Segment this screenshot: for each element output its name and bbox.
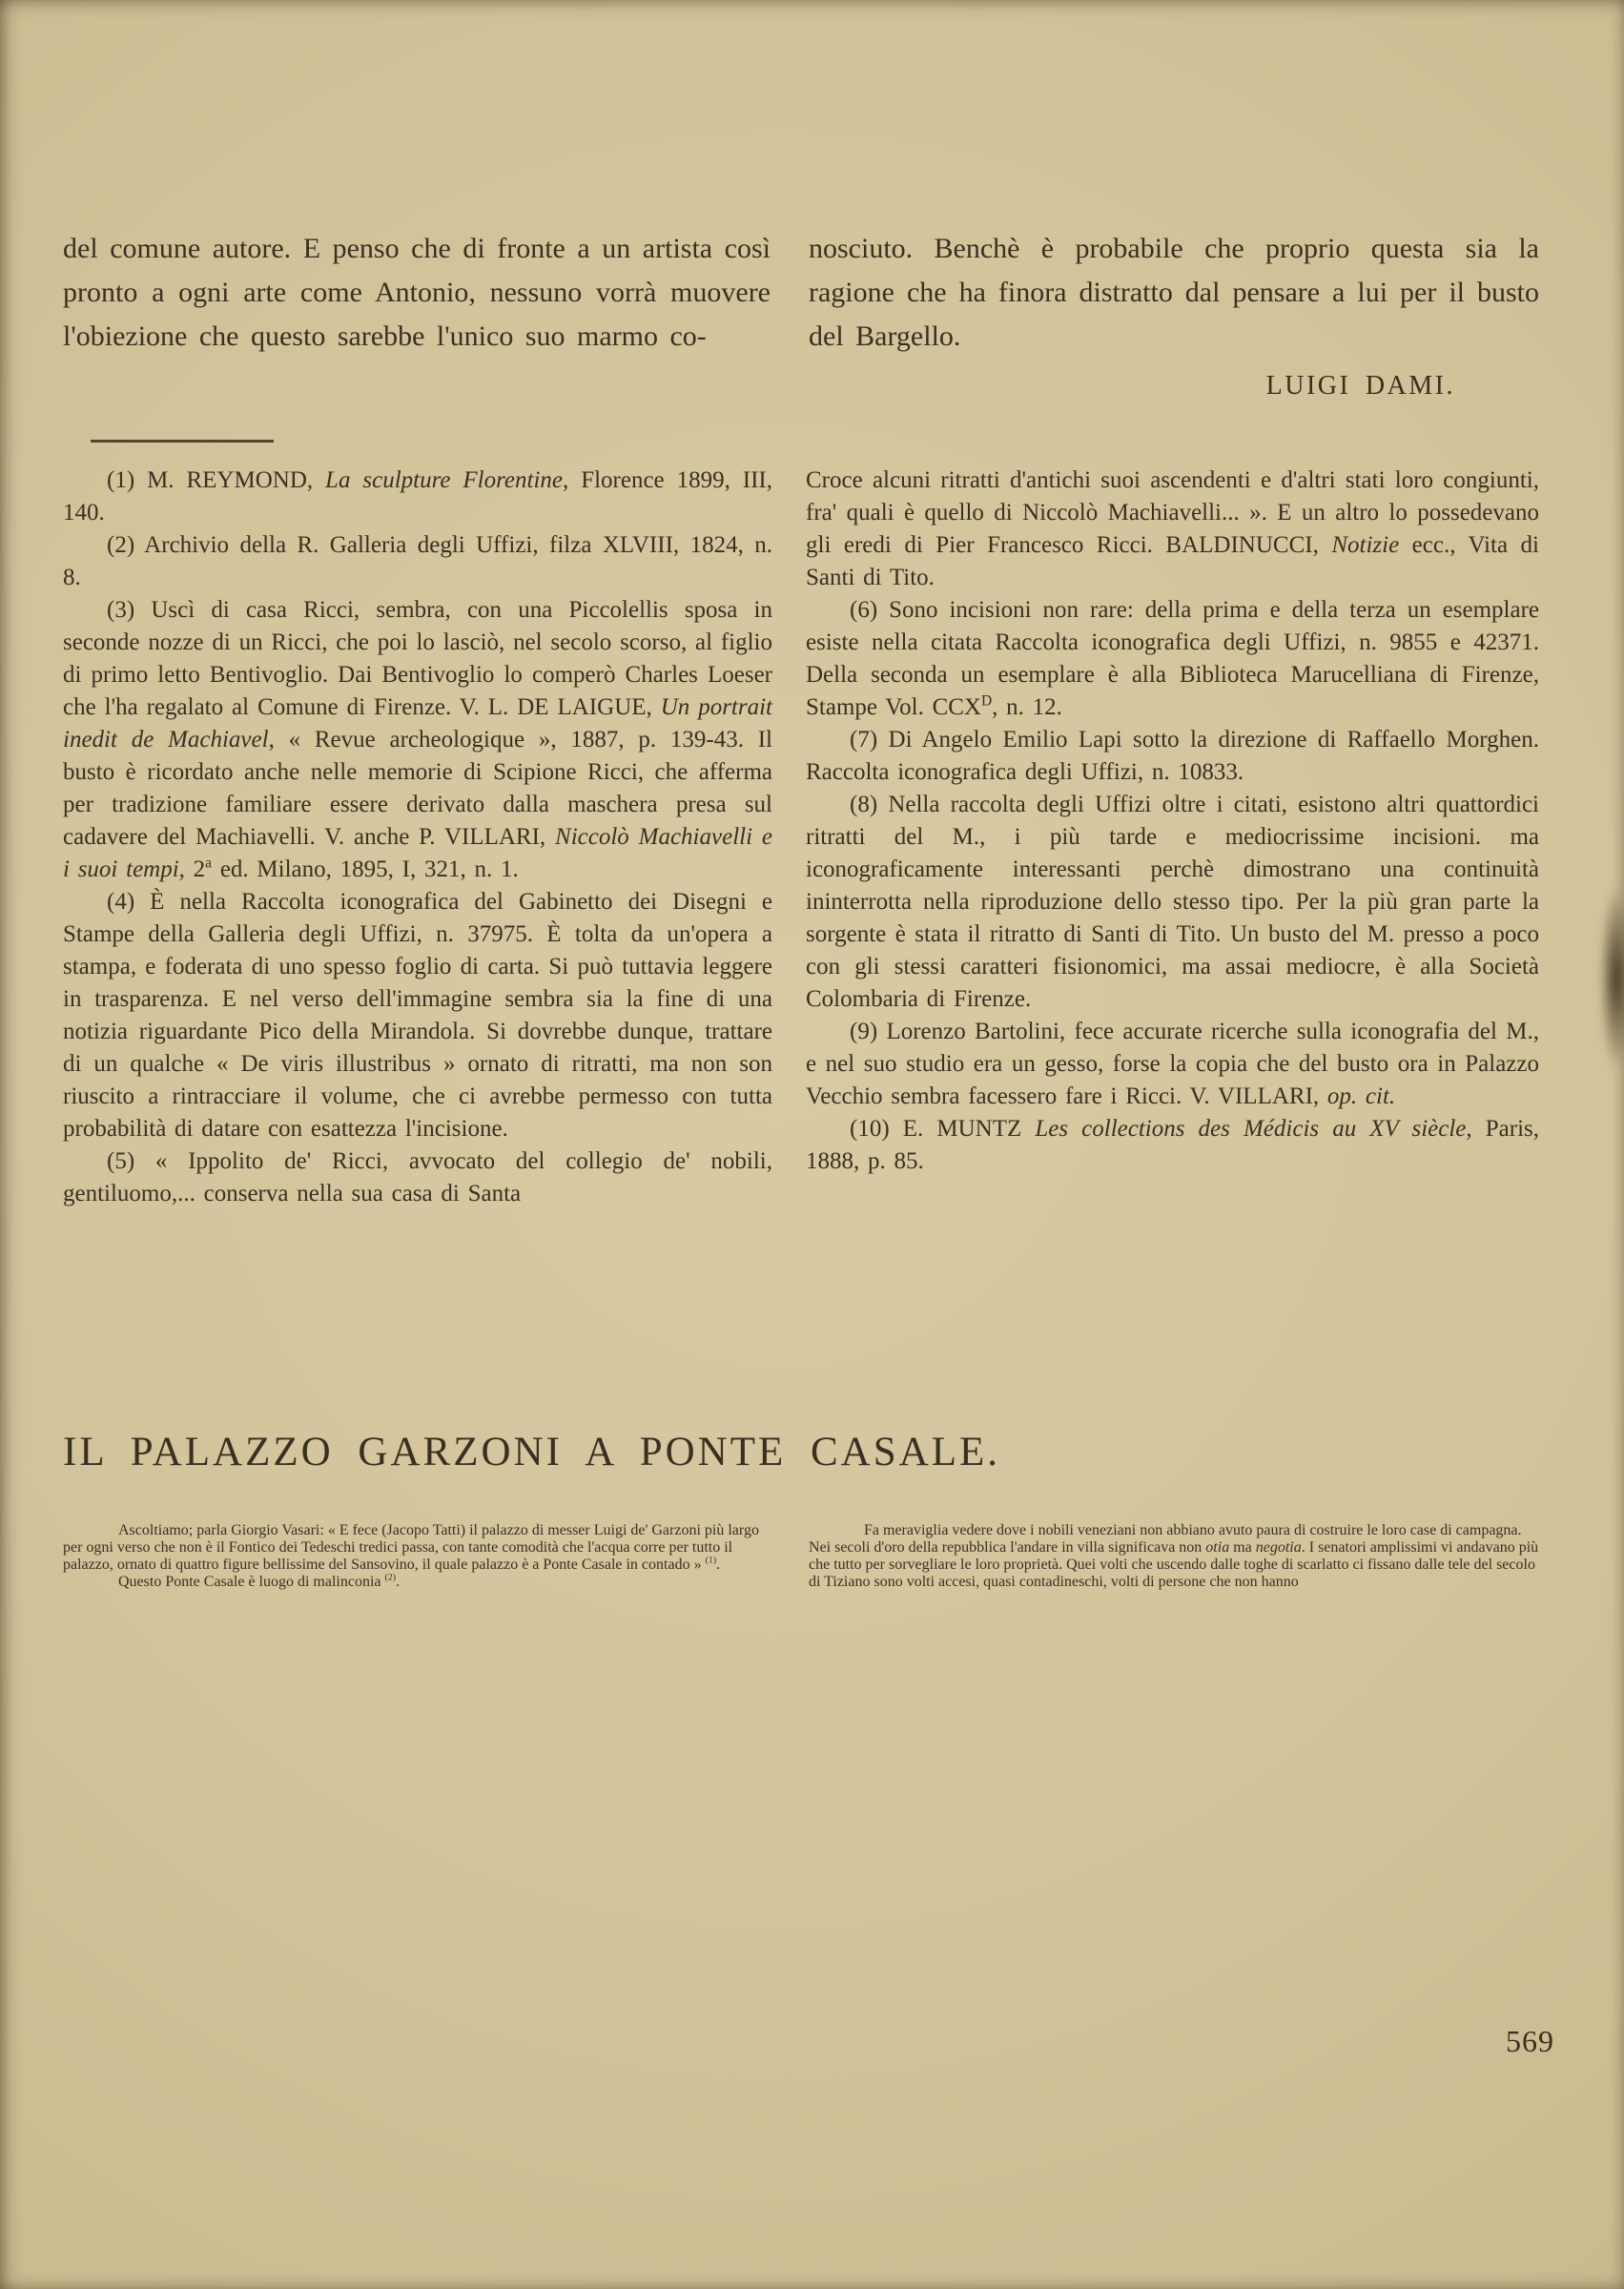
footnote: (5) « Ippolito de' Ricci, avvocato del c… [63,1145,772,1210]
author-signature: LUIGI DAMI. [809,371,1539,402]
article-end-left-paragraph: del comune autore. E penso che di fronte… [63,227,771,359]
article-paragraph: Questo Ponte Casale è luogo di malinconi… [63,1574,771,1591]
footnote: (2) Archivio della R. Galleria degli Uff… [63,529,772,594]
footnote: (6) Sono incisioni non rare: della prima… [806,594,1539,724]
article-end-left-column: del comune autore. E penso che di fronte… [63,227,771,359]
scanned-book-page: del comune autore. E penso che di fronte… [0,0,1624,2289]
article-paragraph: Fa meraviglia vedere dove i nobili venez… [809,1522,1539,1591]
footnote: (4) È nella Raccolta iconografica del Ga… [63,886,772,1145]
article-paragraph: Ascoltiamo; parla Giorgio Vasari: « E fe… [63,1522,771,1574]
footnotes-right-column: Croce alcuni ritratti d'antichi suoi asc… [806,464,1539,1178]
footnote: (8) Nella raccolta degli Uffizi oltre i … [806,789,1539,1016]
page-number: 569 [1430,2024,1554,2059]
article-end-right-column: nosciuto. Benchè è probabile che proprio… [809,227,1539,402]
footnote: (9) Lorenzo Bartolini, fece accurate ric… [806,1016,1539,1113]
scan-edge-smudge [1599,885,1624,1071]
footnote: (1) M. REYMOND, La sculpture Florentine,… [63,464,772,529]
article-end-right-paragraph: nosciuto. Benchè è probabile che proprio… [809,227,1539,359]
article-title: IL PALAZZO GARZONI A PONTE CASALE. [63,1429,1000,1475]
footnotes-left-column: (1) M. REYMOND, La sculpture Florentine,… [63,464,772,1210]
footnote: (7) Di Angelo Emilio Lapi sotto la direz… [806,724,1539,789]
footnote-separator-rule [91,440,274,443]
footnote: (3) Uscì di casa Ricci, sembra, con una … [63,594,772,886]
article-right-column: Fa meraviglia vedere dove i nobili venez… [809,1522,1539,1591]
footnote: Croce alcuni ritratti d'antichi suoi asc… [806,464,1539,594]
footnote: (10) E. MUNTZ Les collections des Médici… [806,1113,1539,1178]
article-left-column: Ascoltiamo; parla Giorgio Vasari: « E fe… [63,1522,771,1591]
